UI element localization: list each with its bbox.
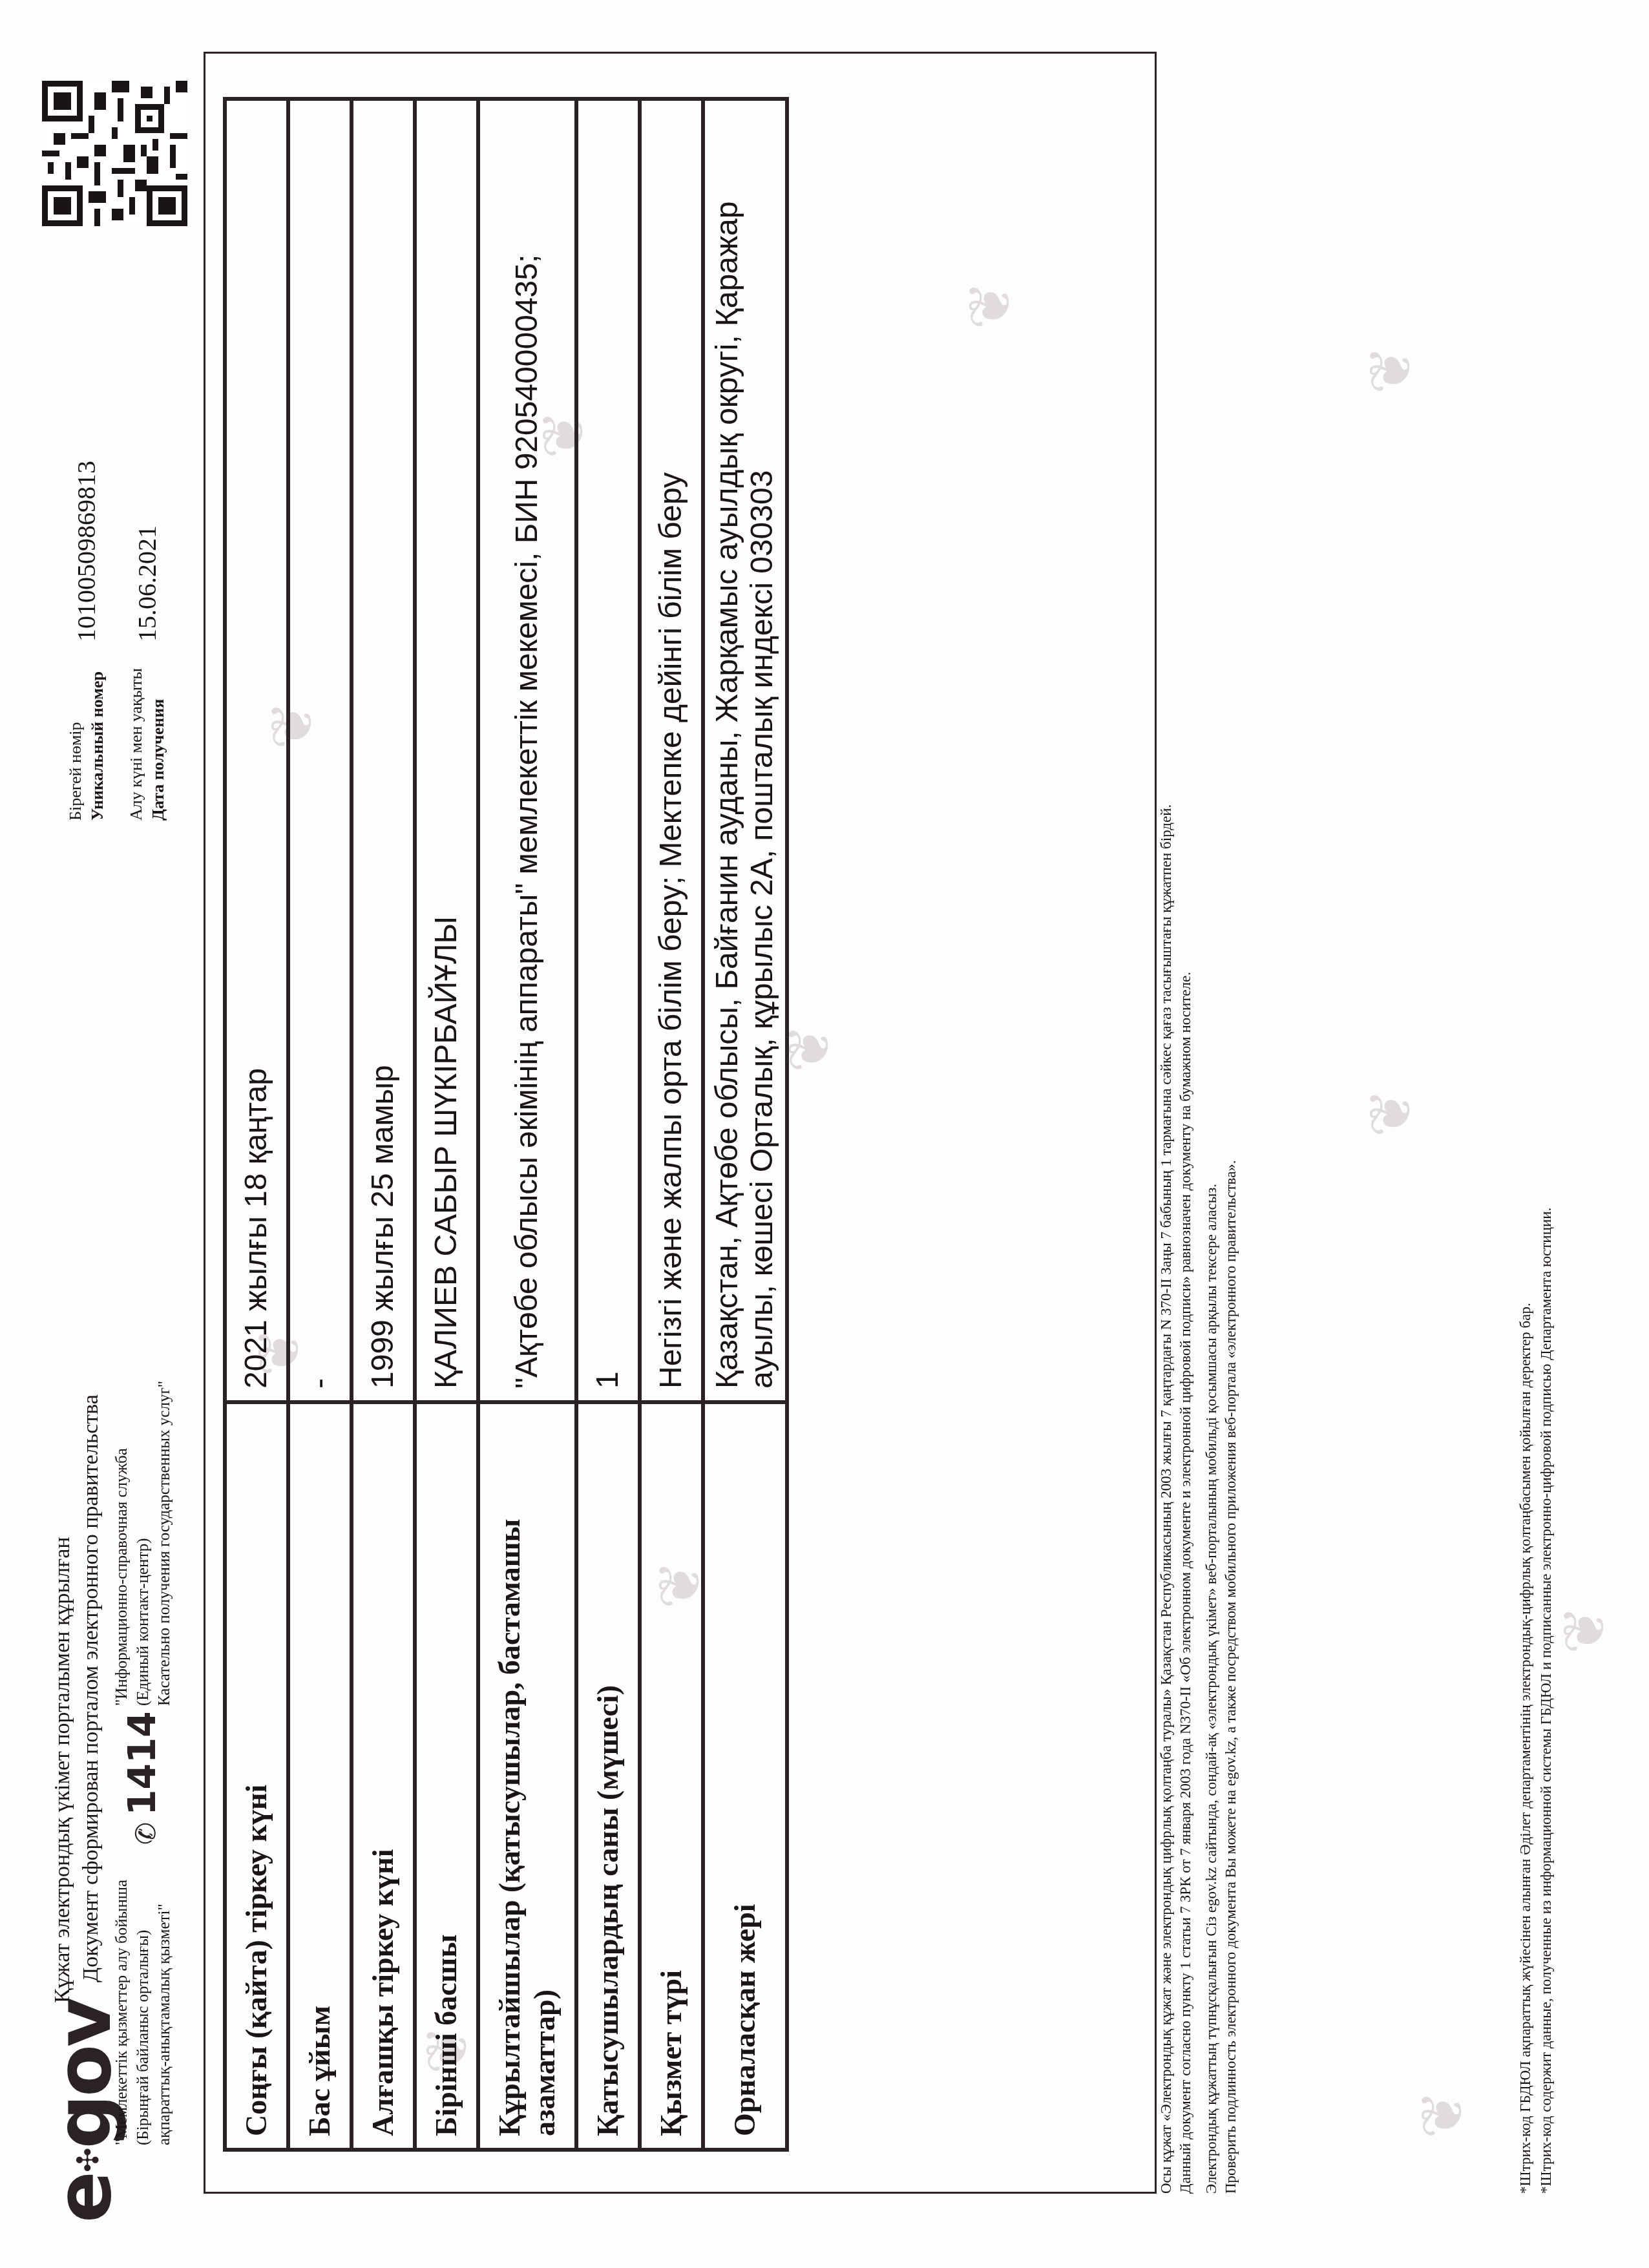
row-label: Бірінші басшы [415, 1402, 478, 2150]
row-value: Негізгі және жалпы орта білім беру; Мект… [640, 99, 703, 1402]
service-center-ru-line: "Информационно-справочная служба [111, 1318, 132, 1706]
unique-number-label-kk: Бірегей нөмір [65, 668, 87, 821]
footnote-ru: *Штрих-код содержит данные, полученные и… [1536, 1208, 1557, 2194]
row-label: Алғашқы тіркеу күні [352, 1402, 415, 2150]
document-page: e✣gov Құжат электрондық үкімет порталыме… [0, 0, 1649, 2268]
legal-equivalence-note: Осы құжат «Электрондық құжат және электр… [1157, 804, 1195, 2194]
logo-emblem-icon: ✣ [70, 2150, 105, 2172]
phone-number: 1414 [120, 1711, 164, 1815]
row-label: Бас ұйым [288, 1402, 352, 2150]
barcode-footnotes: *Штрих-код ГБДЮЛ ақпараттық жүйесінен ал… [1515, 1208, 1557, 2194]
qr-code [42, 81, 187, 226]
row-value: Қазақстан, Ақтөбе облысы, Байғанин аудан… [703, 99, 787, 1402]
table-row: Қатысушылардың саны (мүшесі) 1 [576, 99, 640, 2150]
footnote-kk: *Штрих-код ГБДЮЛ ақпараттық жүйесінен ал… [1515, 1208, 1536, 2194]
table-row: Соңғы (қайта) тіркеу күні 2021 жылғы 18 … [225, 99, 288, 2150]
legal-note-kk: Осы құжат «Электрондық құжат және электр… [1157, 804, 1176, 2194]
row-label: Қатысушылардың саны (мүшесі) [576, 1402, 640, 2150]
generated-by-ru: Документ сформирован порталом электронно… [77, 1394, 105, 2003]
row-value: 2021 жылғы 18 қаңтар [225, 99, 288, 1402]
row-value: ҚАЛИЕВ САБЫР ШҮКІРБАЙҰЛЫ [415, 99, 478, 1402]
watermark-ornament-icon: ❦ [956, 281, 1024, 330]
row-value: 1 [576, 99, 640, 1402]
service-center-ru-line: Касательно получения государственных усл… [154, 1318, 175, 1706]
egov-logo: e✣gov [45, 2000, 121, 2223]
service-center-kk: "Мемлекеттік қызметтер алу бойынша (Біры… [111, 1861, 175, 2145]
legal-note-ru: Данный документ согласно пункту 1 статьи… [1176, 804, 1195, 2194]
organization-info-table: Соңғы (қайта) тіркеу күні 2021 жылғы 18 … [223, 97, 789, 2152]
table-row: Орналасқан жері Қазақстан, Ақтөбе облысы… [703, 99, 787, 2150]
watermark-ornament-icon: ❦ [1357, 346, 1425, 394]
document-identifiers: Бірегей нөмір Уникальный номер 101005098… [65, 460, 169, 821]
service-center-kk-line: "Мемлекеттік қызметтер алу бойынша [111, 1861, 132, 2145]
service-center-ru: "Информационно-справочная служба (Единый… [111, 1318, 175, 1706]
phone-icon: ✆ [130, 1822, 162, 1845]
unique-number-label-ru: Уникальный номер [87, 668, 109, 821]
row-value: "Ақтөбе облысы әкімінің аппараты" мемлек… [478, 99, 576, 1402]
verification-note-kk: Электрондық құжаттың түпнұсқалығын Сіз e… [1202, 1160, 1221, 2194]
watermark-ornament-icon: ❦ [1357, 1089, 1425, 1137]
contact-phone: ✆1414 [120, 1711, 164, 1845]
row-label: Құрылтайшылар (қатысушылар, бастамашы аз… [478, 1402, 576, 2150]
row-label: Орналасқан жері [703, 1402, 787, 2150]
service-center-kk-line: ақпараттық-анықтамалық қызметі" [154, 1861, 175, 2145]
received-date-label-kk: Алу күні мен уақыты [125, 668, 147, 821]
row-label: Қызмет түрі [640, 1402, 703, 2150]
generated-by-note: Құжат электрондық үкімет порталымен құры… [48, 1394, 105, 2003]
logo-prefix: e [39, 2174, 128, 2223]
watermark-ornament-icon: ❦ [1409, 2090, 1476, 2139]
verification-note-ru: Проверить подлинность электронного докум… [1221, 1160, 1241, 2194]
generated-by-kk: Құжат электрондық үкімет порталымен құры… [48, 1394, 77, 2003]
row-value: - [288, 99, 352, 1402]
watermark-ornament-icon: ❦ [1551, 1606, 1619, 1654]
row-value: 1999 жылғы 25 мамыр [352, 99, 415, 1402]
table-row: Бас ұйым - [288, 99, 352, 2150]
service-center-ru-line: (Единый контакт-центр) [132, 1318, 154, 1706]
received-date-label-ru: Дата получения [147, 668, 169, 821]
service-center-kk-line: (Бірыңғай байланыс орталығы) [132, 1861, 154, 2145]
received-date-value: 15.06.2021 [125, 460, 169, 642]
table-row: Құрылтайшылар (қатысушылар, бастамашы аз… [478, 99, 576, 2150]
row-label: Соңғы (қайта) тіркеу күні [225, 1402, 288, 2150]
unique-number-value: 10100509869813 [65, 460, 109, 642]
table-row: Қызмет түрі Негізгі және жалпы орта білі… [640, 99, 703, 2150]
verification-note: Электрондық құжаттың түпнұсқалығын Сіз e… [1202, 1160, 1241, 2194]
table-row: Алғашқы тіркеу күні 1999 жылғы 25 мамыр [352, 99, 415, 2150]
table-row: Бірінші басшы ҚАЛИЕВ САБЫР ШҮКІРБАЙҰЛЫ [415, 99, 478, 2150]
